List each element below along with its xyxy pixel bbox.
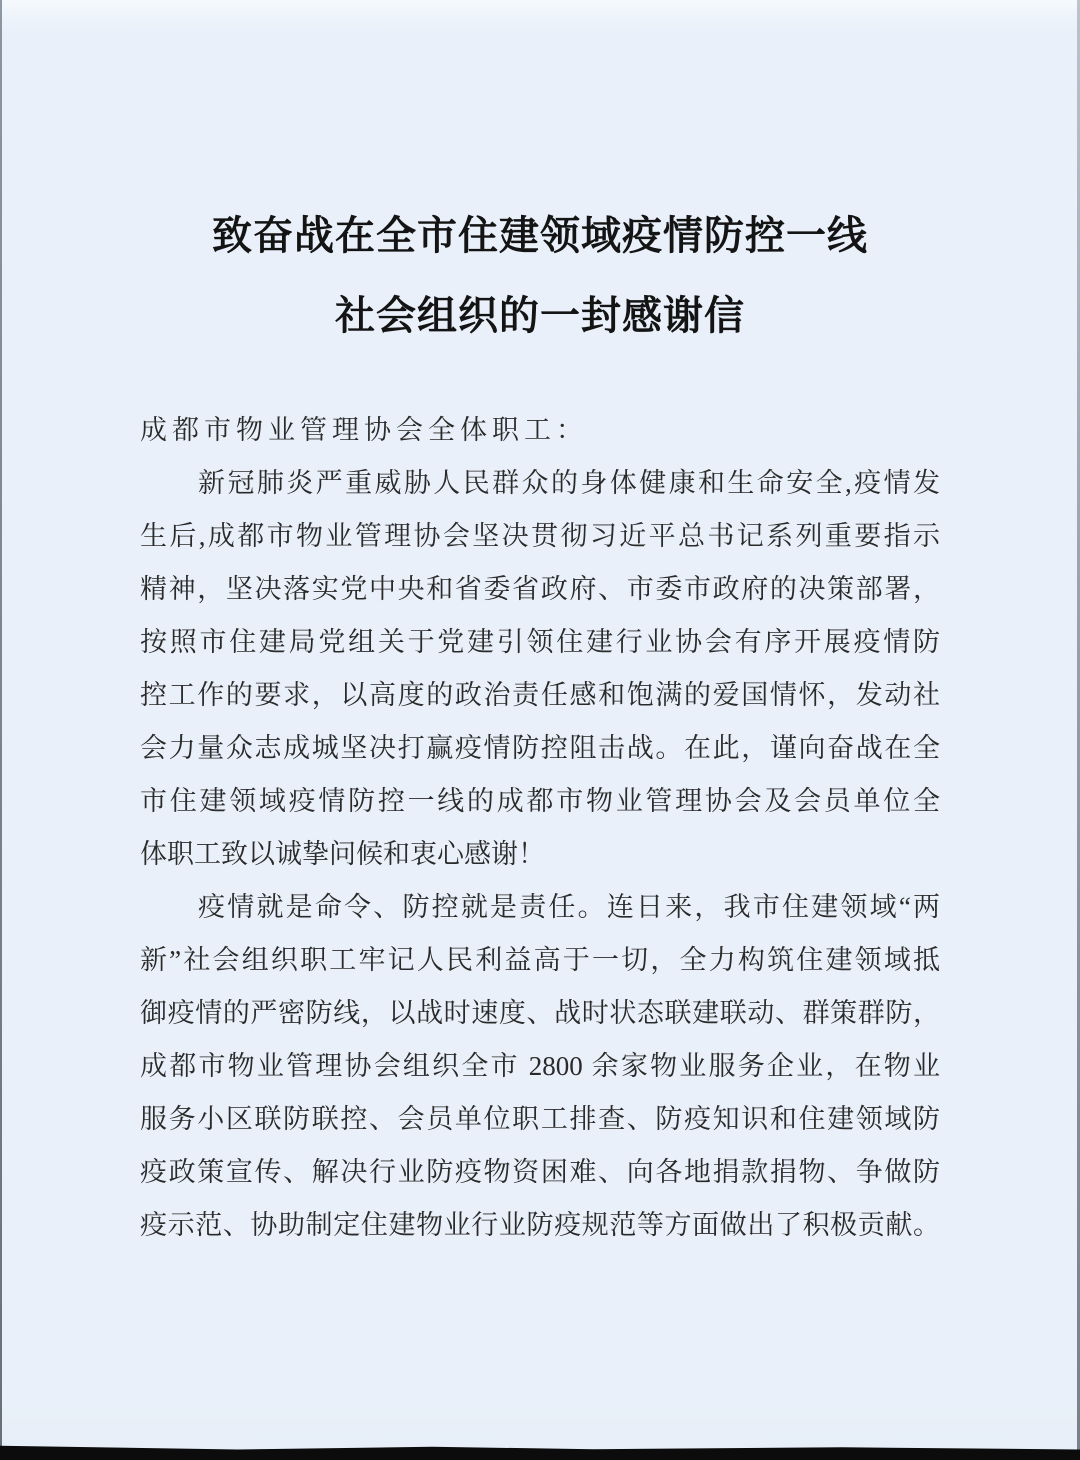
salutation: 成都市物业管理协会全体职工： — [140, 404, 940, 457]
photo-bottom-edge — [0, 1445, 1080, 1460]
scanned-letter-page: 致奋战在全市住建领域疫情防控一线 社会组织的一封感谢信 成都市物业管理协会全体职… — [0, 0, 1080, 1460]
letter-line: 新”社会组织职工牢记人民利益高于一切，全力构筑住建领域抵 — [140, 934, 940, 987]
letter-line: 会力量众志成城坚决打赢疫情防控阻击战。在此，谨向奋战在全 — [140, 722, 940, 775]
letter-body: 新冠肺炎严重威胁人民群众的身体健康和生命安全,疫情发生后,成都市物业管理协会坚决… — [140, 457, 940, 1252]
letter-line: 疫情就是命令、防控就是责任。连日来，我市住建领域“两 — [140, 881, 940, 934]
title-line-2: 社会组织的一封感谢信 — [0, 276, 1080, 356]
letter-line: 市住建领域疫情防控一线的成都市物业管理协会及会员单位全 — [140, 775, 940, 828]
letter-line: 体职工致以诚挚问候和衷心感谢！ — [140, 828, 940, 881]
letter-line: 精神，坚决落实党中央和省委省政府、市委市政府的决策部署， — [140, 563, 940, 616]
letter-title: 致奋战在全市住建领域疫情防控一线 社会组织的一封感谢信 — [0, 196, 1080, 356]
letter-line: 控工作的要求，以高度的政治责任感和饱满的爱国情怀，发动社 — [140, 669, 940, 722]
letter-body-block: 成都市物业管理协会全体职工： 新冠肺炎严重威胁人民群众的身体健康和生命安全,疫情… — [140, 404, 940, 1252]
letter-line: 疫示范、协助制定住建物业行业防疫规范等方面做出了积极贡献。 — [140, 1199, 940, 1252]
title-line-1: 致奋战在全市住建领域疫情防控一线 — [0, 196, 1080, 276]
letter-line: 御疫情的严密防线，以战时速度、战时状态联建联动、群策群防， — [140, 987, 940, 1040]
letter-line: 新冠肺炎严重威胁人民群众的身体健康和生命安全,疫情发 — [140, 457, 940, 510]
letter-line: 成都市物业管理协会组织全市 2800 余家物业服务企业，在物业 — [140, 1040, 940, 1093]
letter-line: 服务小区联防联控、会员单位职工排查、防疫知识和住建领域防 — [140, 1093, 940, 1146]
letter-line: 疫政策宣传、解决行业防疫物资困难、向各地捐款捐物、争做防 — [140, 1146, 940, 1199]
letter-line: 按照市住建局党组关于党建引领住建行业协会有序开展疫情防 — [140, 616, 940, 669]
paragraph: 疫情就是命令、防控就是责任。连日来，我市住建领域“两新”社会组织职工牢记人民利益… — [140, 881, 940, 1252]
paragraph: 新冠肺炎严重威胁人民群众的身体健康和生命安全,疫情发生后,成都市物业管理协会坚决… — [140, 457, 940, 881]
letter-line: 生后,成都市物业管理协会坚决贯彻习近平总书记系列重要指示 — [140, 510, 940, 563]
